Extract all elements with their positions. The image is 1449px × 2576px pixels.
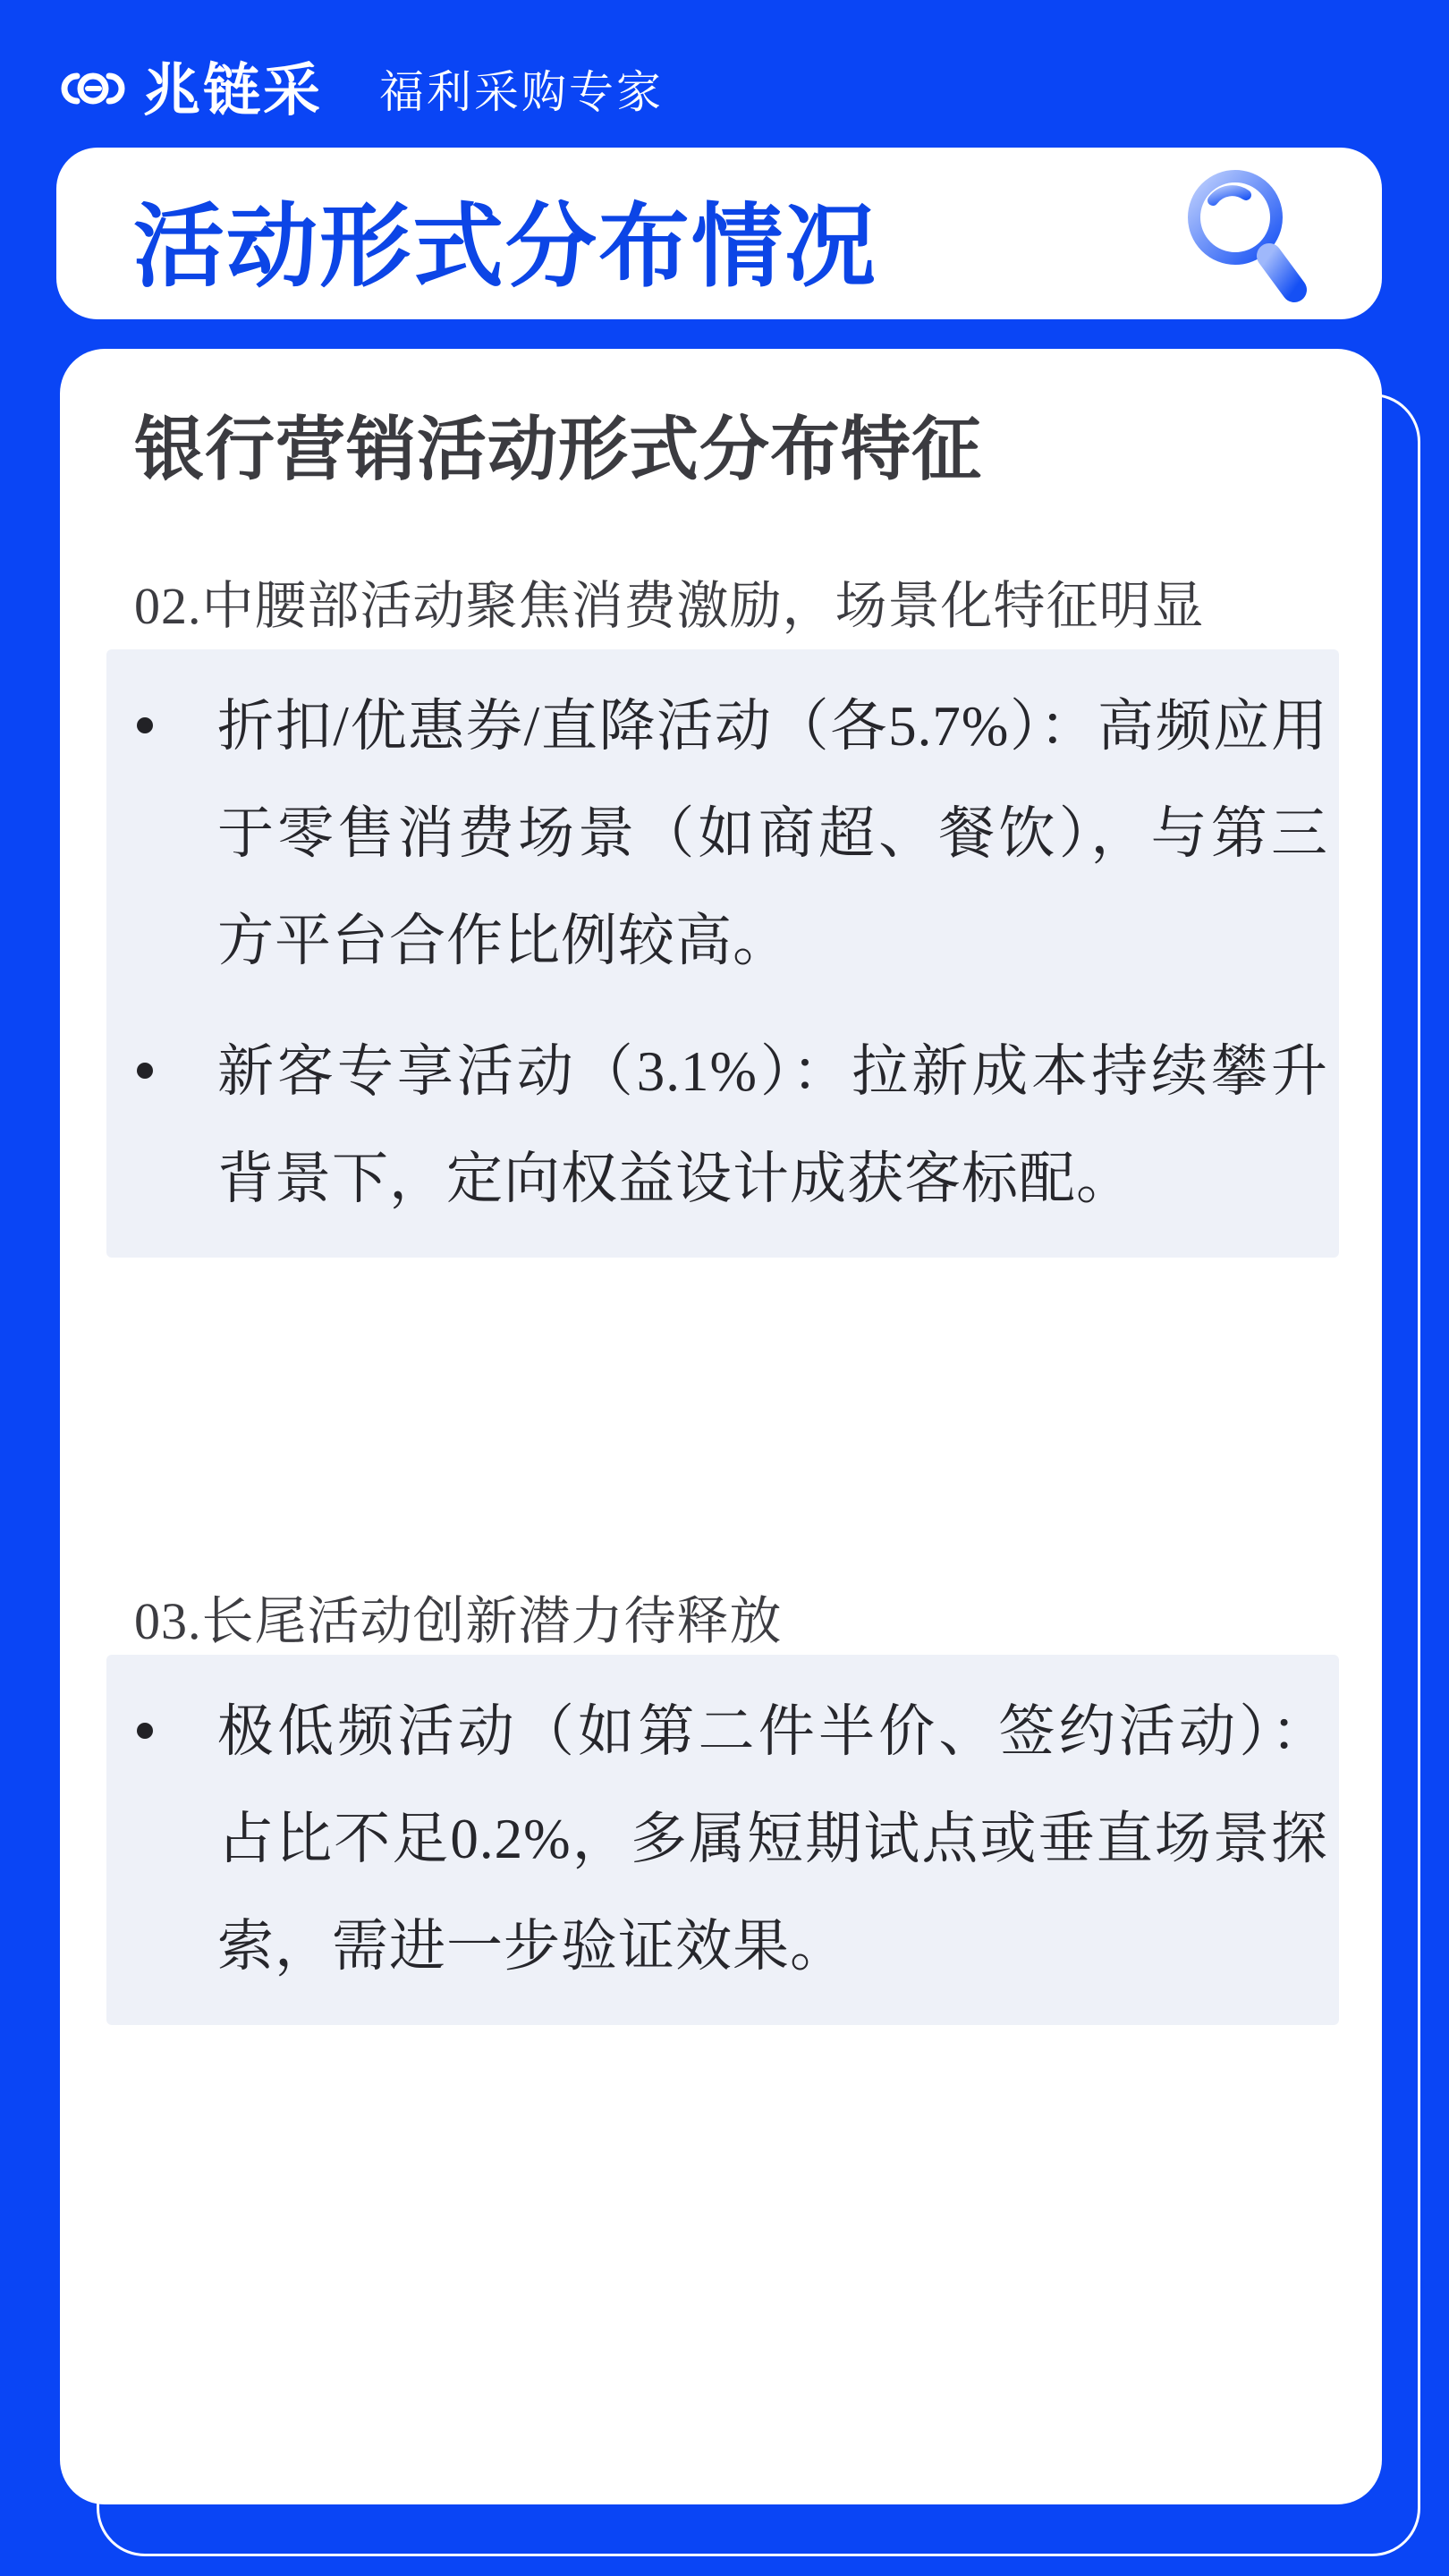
section-heading: 银行营销活动形式分布特征 <box>134 394 982 494</box>
brand-logo-text: 兆链采 <box>143 45 323 127</box>
bullet-box-02: 折扣/优惠券/直降活动（各5.7%）：高频应用于零售消费场景（如商超、餐饮），与… <box>106 649 1339 1258</box>
list-item: 新客专享活动（3.1%）：拉新成本持续攀升背景下，定向权益设计成获客标配。 <box>106 1018 1328 1233</box>
list-item: 极低频活动（如第二件半价、签约活动）：占比不足0.2%，多属短期试点或垂直场景探… <box>106 1678 1328 2000</box>
content-card: 银行营销活动形式分布特征 02.中腰部活动聚焦消费激励，场景化特征明显 折扣/优… <box>60 349 1382 2504</box>
bullet-text: 折扣/优惠券/直降活动（各5.7%）：高频应用于零售消费场景（如商超、餐饮），与… <box>217 695 1328 972</box>
list-item: 折扣/优惠券/直降活动（各5.7%）：高频应用于零售消费场景（如商超、餐饮），与… <box>106 673 1328 995</box>
title-card: 活动形式分布情况 <box>56 148 1382 319</box>
chain-link-icon <box>55 70 131 107</box>
magnifier-icon <box>1180 160 1314 307</box>
bullet-text: 极低频活动（如第二件半价、签约活动）：占比不足0.2%，多属短期试点或垂直场景探… <box>217 1700 1328 1978</box>
poster-page: 兆链采 福利采购专家 活动形式分布情况 银行营销活动形式分布特征 02 <box>0 0 1449 2576</box>
bullet-dot-icon <box>137 1063 153 1079</box>
bullet-text: 新客专享活动（3.1%）：拉新成本持续攀升背景下，定向权益设计成获客标配。 <box>217 1040 1328 1210</box>
brand-tagline: 福利采购专家 <box>379 56 664 121</box>
page-title: 活动形式分布情况 <box>133 174 877 305</box>
subsection-label-03: 03.长尾活动创新潜力待释放 <box>134 1579 783 1654</box>
subsection-label-02: 02.中腰部活动聚焦消费激励，场景化特征明显 <box>134 563 1205 639</box>
bullet-box-03: 极低频活动（如第二件半价、签约活动）：占比不足0.2%，多属短期试点或垂直场景探… <box>106 1655 1339 2025</box>
bullet-dot-icon <box>137 1723 153 1739</box>
bullet-dot-icon <box>137 717 153 733</box>
